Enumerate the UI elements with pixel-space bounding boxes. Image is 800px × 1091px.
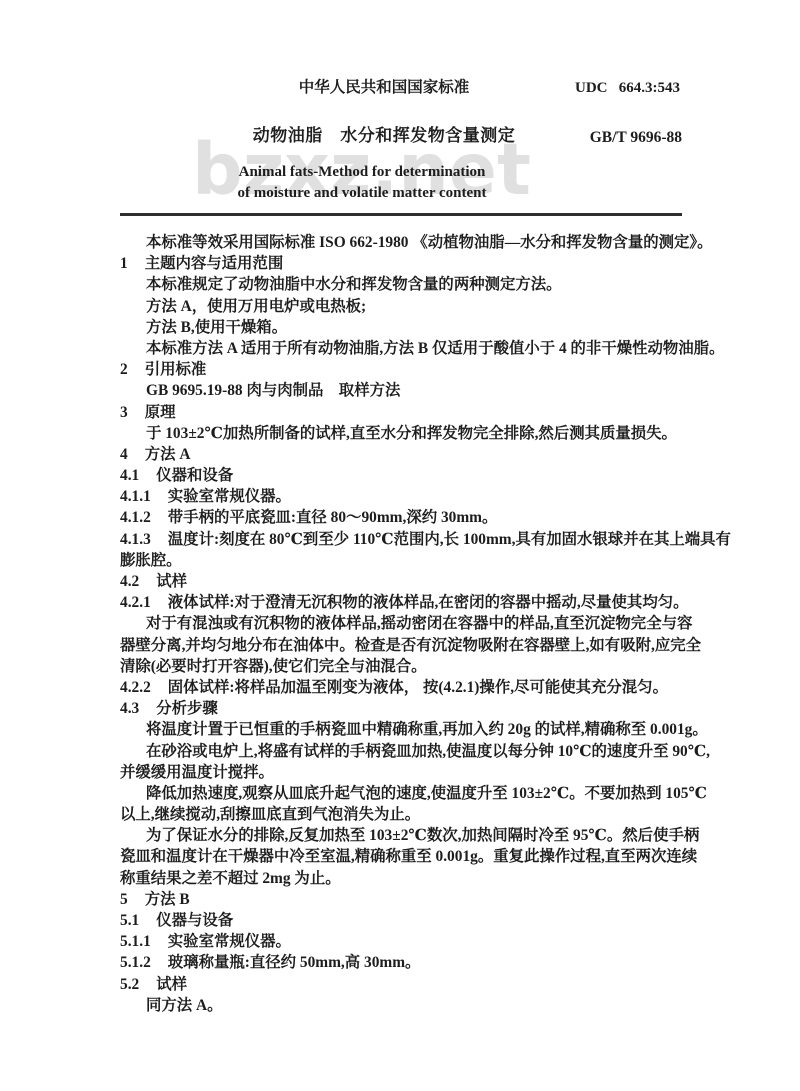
section-number: 5.1.1	[120, 931, 151, 952]
doc-line: 方法 A，使用万用电炉或电热板;	[120, 296, 694, 317]
line-text: 对于有混浊或有沉积物的液体样品,摇动密闭在容器中的样品,直至沉淀物完全与容	[146, 615, 692, 632]
doc-line: 以上,继续搅动,刮擦皿底直到气泡消失为止。	[120, 804, 694, 825]
doc-line: 膨胀腔。	[120, 550, 694, 571]
line-text: 实验室常规仪器。	[168, 488, 291, 505]
line-text: 分析步骤	[156, 700, 218, 717]
header-row-1: 中华人民共和国国家标准 UDC 664.3:543	[120, 78, 682, 98]
section-number: 4	[120, 444, 128, 465]
document-body: 本标准等效采用国际标准 ISO 662-1980 《动植物油脂—水分和挥发物含量…	[120, 232, 694, 1016]
line-text: 引用标准	[145, 361, 207, 378]
doc-line: 1主题内容与适用范围	[120, 253, 694, 274]
doc-line: 本标准等效采用国际标准 ISO 662-1980 《动植物油脂—水分和挥发物含量…	[120, 232, 694, 253]
doc-line: 对于有混浊或有沉积物的液体样品,摇动密闭在容器中的样品,直至沉淀物完全与容	[120, 613, 694, 634]
standard-number: GB/T 9696-88	[590, 127, 682, 149]
udc-code: UDC 664.3:543	[575, 78, 680, 98]
doc-line: 3原理	[120, 402, 694, 423]
line-text: 方法 B	[145, 891, 190, 908]
section-number: 1	[120, 253, 128, 274]
doc-line: 4方法 A	[120, 444, 694, 465]
doc-line: 5.1仪器与设备	[120, 910, 694, 931]
line-text: 原理	[145, 404, 176, 421]
doc-line: 方法 B,使用干燥箱。	[120, 317, 694, 338]
doc-line: 4.1.2带手柄的平底瓷皿:直径 80～90mm,深约 30mm。	[120, 507, 694, 528]
doc-line: 5.1.2玻璃称量瓶:直径约 50mm,高 30mm。	[120, 952, 694, 973]
doc-line: 降低加热速度,观察从皿底升起气泡的速度,使温度升至 103±2℃。不要加热到 1…	[120, 783, 694, 804]
doc-line: 本标准方法 A 适用于所有动物油脂,方法 B 仅适用于酸值小于 4 的非干燥性动…	[120, 338, 694, 359]
line-text: 试样	[156, 976, 187, 993]
header-row-2: 动物油脂 水分和挥发物含量测定 GB/T 9696-88	[120, 125, 682, 147]
section-number: 5.1.2	[120, 952, 151, 973]
line-text: 仪器与设备	[156, 912, 233, 929]
line-text: 本标准方法 A 适用于所有动物油脂,方法 B 仅适用于酸值小于 4 的非干燥性动…	[146, 340, 724, 357]
doc-line: 4.1.1实验室常规仪器。	[120, 486, 694, 507]
document-header: 中华人民共和国国家标准 UDC 664.3:543 动物油脂 水分和挥发物含量测…	[0, 0, 800, 216]
doc-line: 4.3分析步骤	[120, 698, 694, 719]
line-text: 于 103±2℃加热所制备的试样,直至水分和挥发物完全排除,然后测其质量损失。	[146, 425, 677, 442]
doc-line: 4.1.3温度计:刻度在 80℃到至少 110℃范围内,长 100mm,具有加固…	[120, 529, 694, 550]
section-number: 4.1.2	[120, 507, 151, 528]
line-text: 并缓缓用温度计搅拌。	[120, 764, 274, 781]
doc-line: 清除(必要时打开容器),使它们完全与油混合。	[120, 656, 694, 677]
doc-line: 4.1仪器和设备	[120, 465, 694, 486]
line-text: 本标准等效采用国际标准 ISO 662-1980 《动植物油脂—水分和挥发物含量…	[146, 234, 712, 251]
doc-line: 并缓缓用温度计搅拌。	[120, 762, 694, 783]
section-number: 5	[120, 889, 128, 910]
doc-line: 将温度计置于已恒重的手柄瓷皿中精确称重,再加入约 20g 的试样,精确称至 0.…	[120, 719, 694, 740]
doc-title-en: Animal fats-Method for determination of …	[120, 162, 682, 204]
section-number: 5.2	[120, 974, 139, 995]
doc-line: 在砂浴或电炉上,将盛有试样的手柄瓷皿加热,使温度以每分钟 10℃的速度升至 90…	[120, 741, 694, 762]
doc-line: 瓷皿和温度计在干燥器中冷至室温,精确称重至 0.001g。重复此操作过程,直至两…	[120, 846, 694, 867]
document-page: bzxz.net 中华人民共和国国家标准 UDC 664.3:543 动物油脂 …	[0, 0, 800, 1091]
line-text: 在砂浴或电炉上,将盛有试样的手柄瓷皿加热,使温度以每分钟 10℃的速度升至 90…	[146, 743, 710, 760]
doc-line: 器壁分离,并均匀地分布在油体中。检查是否有沉淀物吸附在容器壁上,如有吸附,应完全	[120, 635, 694, 656]
doc-line: 4.2.2固体试样:将样品加温至刚变为液体， 按(4.2.1)操作,尽可能使其充…	[120, 677, 694, 698]
line-text: 仪器和设备	[156, 467, 233, 484]
section-number: 4.2.1	[120, 592, 151, 613]
doc-line: 5.2试样	[120, 974, 694, 995]
line-text: 称重结果之差不超过 2mg 为止。	[120, 870, 341, 887]
line-text: 实验室常规仪器。	[168, 933, 291, 950]
line-text: 液体试样:对于澄清无沉积物的液体样品,在密闭的容器中摇动,尽量使其均匀。	[168, 594, 689, 611]
line-text: 降低加热速度,观察从皿底升起气泡的速度,使温度升至 103±2℃。不要加热到 1…	[146, 785, 707, 802]
line-text: 为了保证水分的排除,反复加热至 103±2℃数次,加热间隔时冷至 95℃。然后使…	[146, 827, 699, 844]
line-text: 本标准规定了动物油脂中水分和挥发物含量的两种测定方法。	[146, 276, 562, 293]
doc-line: 5.1.1实验室常规仪器。	[120, 931, 694, 952]
line-text: 方法 A	[145, 446, 191, 463]
line-text: GB 9695.19-88 肉与肉制品 取样方法	[146, 382, 400, 399]
section-number: 4.1.1	[120, 486, 151, 507]
header-rule	[120, 213, 682, 216]
line-text: 试样	[156, 573, 187, 590]
line-text: 方法 A，使用万用电炉或电热板;	[146, 298, 366, 315]
section-number: 4.3	[120, 698, 139, 719]
section-number: 4.1.3	[120, 529, 151, 550]
line-text: 器壁分离,并均匀地分布在油体中。检查是否有沉淀物吸附在容器壁上,如有吸附,应完全	[120, 637, 701, 654]
doc-line: 称重结果之差不超过 2mg 为止。	[120, 868, 694, 889]
doc-line: 5方法 B	[120, 889, 694, 910]
line-text: 将温度计置于已恒重的手柄瓷皿中精确称重,再加入约 20g 的试样,精确称至 0.…	[146, 721, 708, 738]
line-text: 玻璃称量瓶:直径约 50mm,高 30mm。	[168, 954, 421, 971]
doc-line: 4.2.1液体试样:对于澄清无沉积物的液体样品,在密闭的容器中摇动,尽量使其均匀…	[120, 592, 694, 613]
section-number: 4.2	[120, 571, 139, 592]
line-text: 瓷皿和温度计在干燥器中冷至室温,精确称重至 0.001g。重复此操作过程,直至两…	[120, 848, 697, 865]
doc-line: 本标准规定了动物油脂中水分和挥发物含量的两种测定方法。	[120, 274, 694, 295]
section-number: 3	[120, 402, 128, 423]
line-text: 方法 B,使用干燥箱。	[146, 319, 287, 336]
line-text: 温度计:刻度在 80℃到至少 110℃范围内,长 100mm,具有加固水银球并在…	[168, 531, 731, 548]
doc-line: 4.2试样	[120, 571, 694, 592]
line-text: 膨胀腔。	[120, 552, 182, 569]
doc-line: 于 103±2℃加热所制备的试样,直至水分和挥发物完全排除,然后测其质量损失。	[120, 423, 694, 444]
section-number: 4.1	[120, 465, 139, 486]
section-number: 5.1	[120, 910, 139, 931]
doc-title-en-line1: Animal fats-Method for determination	[120, 162, 604, 183]
line-text: 清除(必要时打开容器),使它们完全与油混合。	[120, 658, 427, 675]
line-text: 主题内容与适用范围	[145, 255, 284, 272]
doc-line: 为了保证水分的排除,反复加热至 103±2℃数次,加热间隔时冷至 95℃。然后使…	[120, 825, 694, 846]
section-number: 4.2.2	[120, 677, 151, 698]
line-text: 固体试样:将样品加温至刚变为液体， 按(4.2.1)操作,尽可能使其充分混匀。	[168, 679, 668, 696]
doc-title-en-line2: of moisture and volatile matter content	[120, 183, 604, 204]
section-number: 2	[120, 359, 128, 380]
line-text: 同方法 A。	[146, 997, 223, 1014]
line-text: 带手柄的平底瓷皿:直径 80～90mm,深约 30mm。	[168, 509, 498, 526]
doc-line: 2引用标准	[120, 359, 694, 380]
line-text: 以上,继续搅动,刮擦皿底直到气泡消失为止。	[120, 806, 420, 823]
doc-line: 同方法 A。	[120, 995, 694, 1016]
doc-line: GB 9695.19-88 肉与肉制品 取样方法	[120, 380, 694, 401]
